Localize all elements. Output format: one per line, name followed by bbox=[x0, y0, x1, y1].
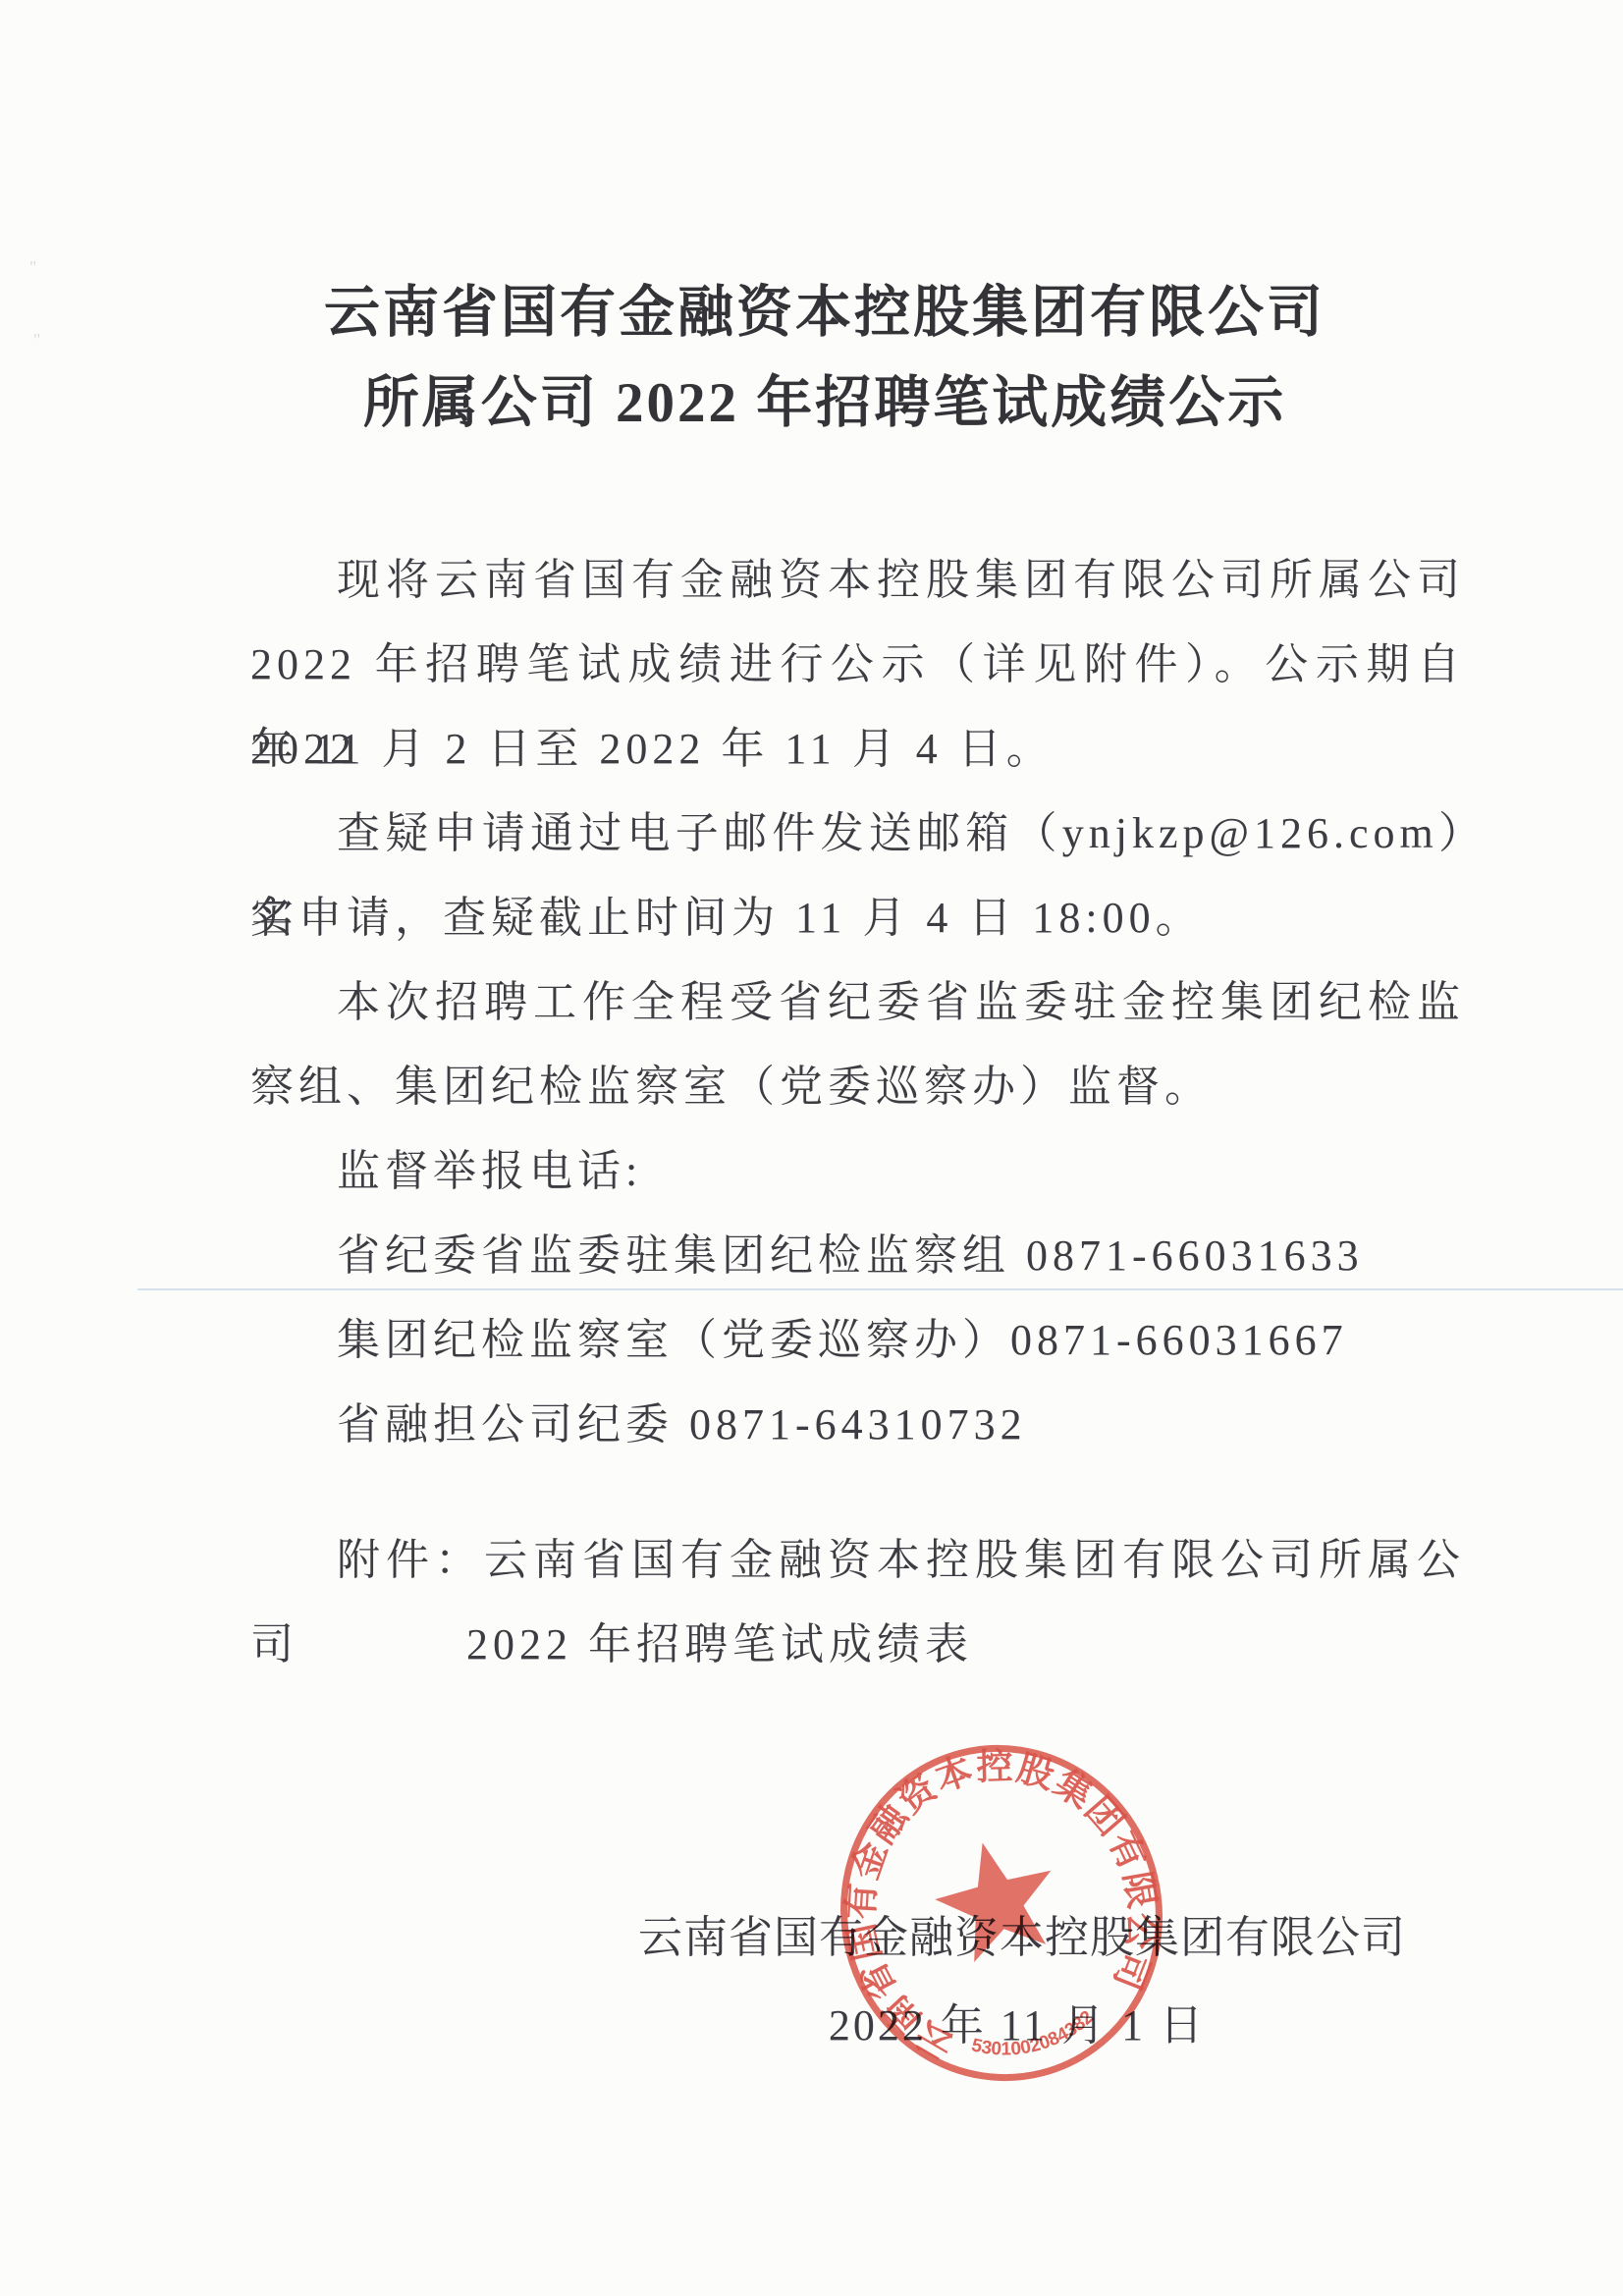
signature-company: 云南省国有金融资本控股集团有限公司 bbox=[638, 1901, 1396, 1965]
body-line: 现将云南省国有金融资本控股集团有限公司所属公司 bbox=[250, 538, 1465, 623]
body-line: 查疑申请通过电子邮件发送邮箱（ynjkzp@126.com）实 bbox=[250, 792, 1465, 876]
body-line: 名申请，查疑截止时间为 11 月 4 日 18:00。 bbox=[250, 876, 1465, 960]
document-title-line1: 云南省国有金融资本控股集团有限公司 bbox=[187, 267, 1463, 348]
body-line: 本次招聘工作全程受省纪委省监委驻金控集团纪检监 bbox=[250, 960, 1465, 1045]
announcement-page: " " 云南省国有金融资本控股集团有限公司 所属公司 2022 年招聘笔试成绩公… bbox=[0, 0, 1623, 2296]
signature-date: 2022 年 11 月 1 日 bbox=[638, 1990, 1396, 2052]
body-line-phone-2: 集团纪检监察室（党委巡察办）0871-66031667 bbox=[250, 1298, 1465, 1383]
body-line-phone-1: 省纪委省监委驻集团纪检监察组 0871-66031633 bbox=[250, 1214, 1465, 1298]
body-line-phone-3: 省融担公司纪委 0871-64310732 bbox=[250, 1383, 1465, 1467]
document-title-line2: 所属公司 2022 年招聘笔试成绩公示 bbox=[187, 357, 1463, 438]
body-line: 年 11 月 2 日至 2022 年 11 月 4 日。 bbox=[250, 707, 1465, 792]
body-text: 现将云南省国有金融资本控股集团有限公司所属公司 2022 年招聘笔试成绩进行公示… bbox=[250, 538, 1465, 1687]
body-line: 2022 年招聘笔试成绩进行公示（详见附件）。公示期自 2022 bbox=[250, 623, 1465, 707]
scan-smudge: " bbox=[29, 257, 36, 278]
attachment-line1: 附件：云南省国有金融资本控股集团有限公司所属公司 bbox=[250, 1518, 1465, 1603]
body-line-report-phone-label: 监督举报电话: bbox=[250, 1129, 1465, 1214]
attachment-section: 附件：云南省国有金融资本控股集团有限公司所属公司 2022 年招聘笔试成绩表 bbox=[250, 1518, 1465, 1687]
scan-artifact-line bbox=[137, 1288, 1623, 1290]
body-line: 察组、集团纪检监察室（党委巡察办）监督。 bbox=[250, 1045, 1465, 1129]
scan-smudge: " bbox=[33, 330, 40, 351]
attachment-line2: 2022 年招聘笔试成绩表 bbox=[250, 1603, 1465, 1687]
